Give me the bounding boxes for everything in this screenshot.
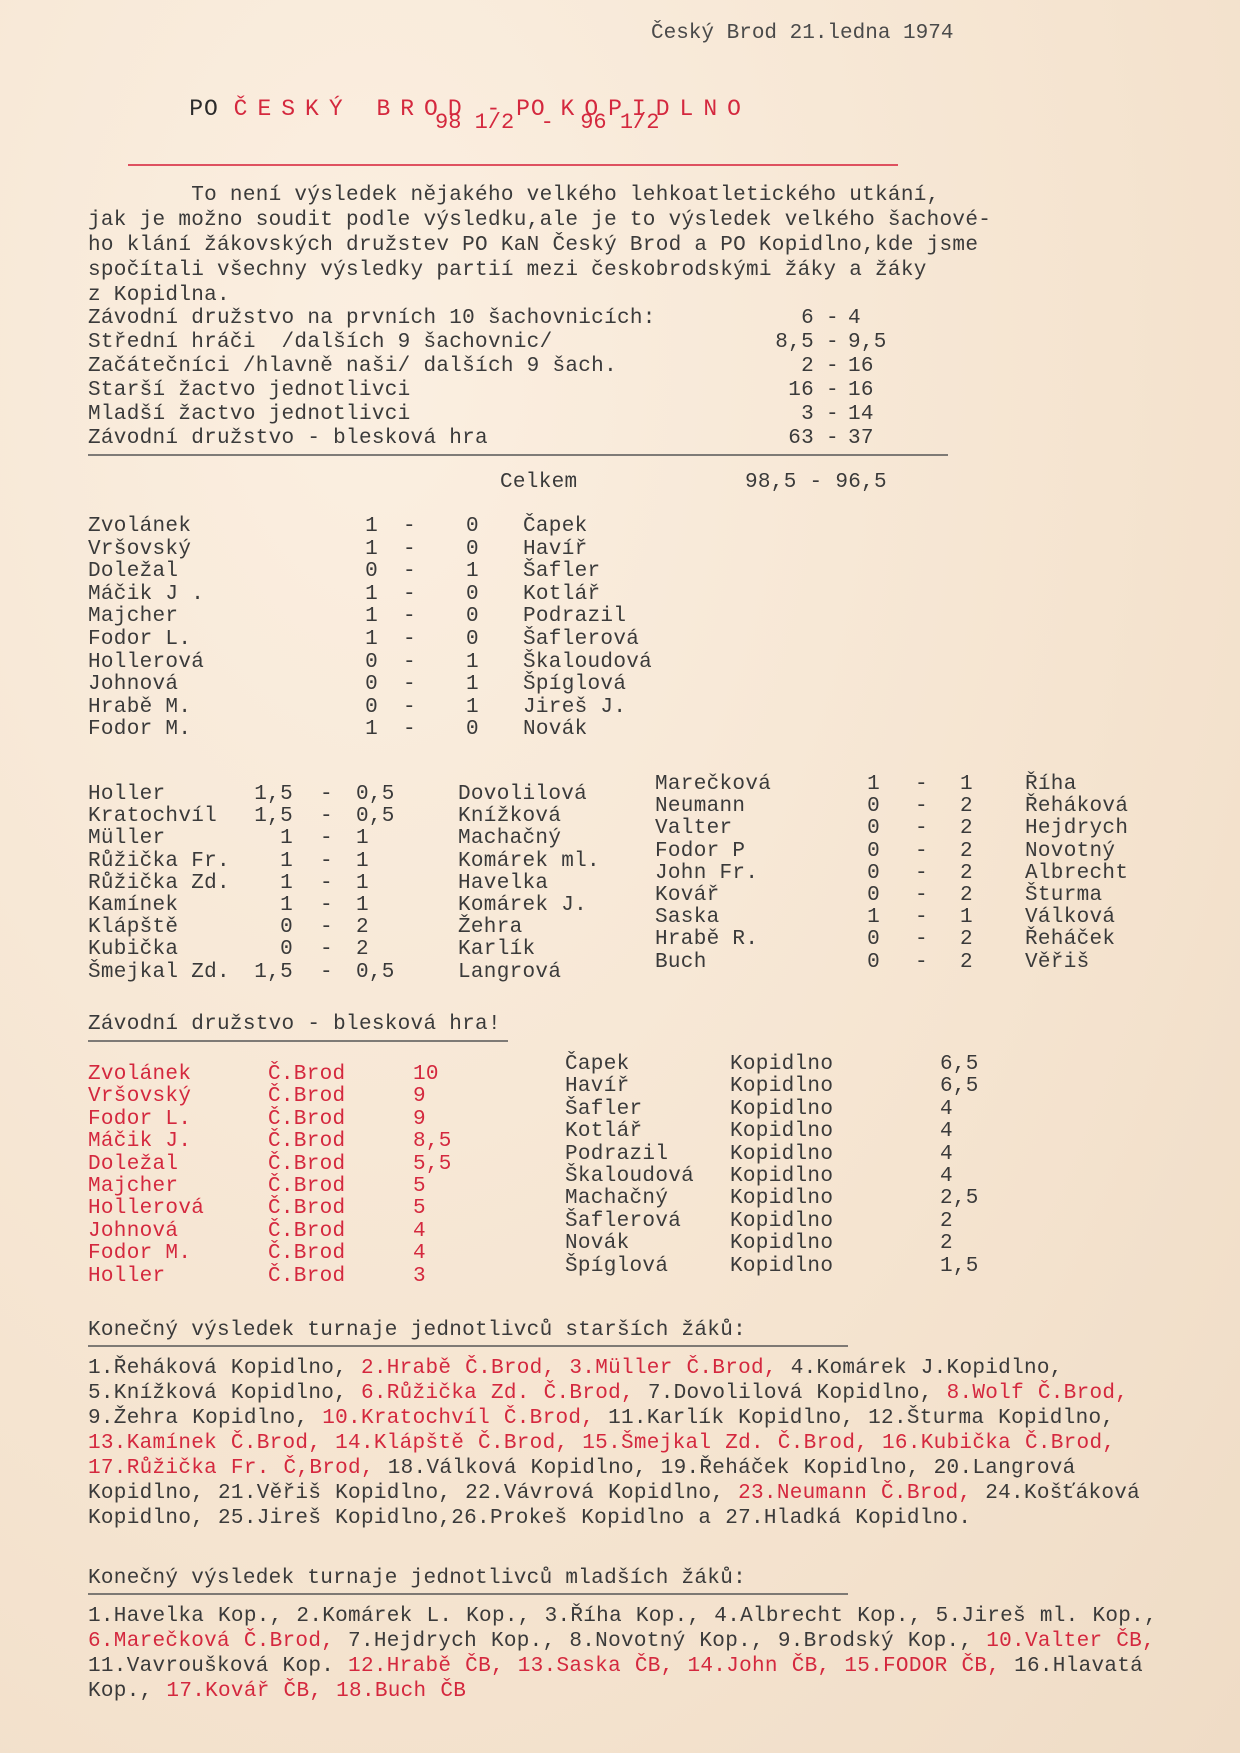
away-score: 0 — [466, 604, 479, 629]
summary-away-score: 16 — [848, 378, 874, 403]
blitz-club: Kopidlno — [730, 1231, 833, 1256]
home-score: 1 — [328, 514, 378, 539]
home-player: Fodor L. — [88, 627, 191, 652]
blitz-player: Zvolánek — [88, 1062, 191, 1087]
blitz-points: 4 — [940, 1119, 953, 1144]
younger-tournament-heading: Konečný výsledek turnaje jednotlivců mla… — [88, 1566, 746, 1591]
away-score: 0 — [466, 627, 479, 652]
away-score: 0 — [466, 537, 479, 562]
blitz-points: 5 — [413, 1174, 426, 1199]
blitz-points: 5 — [413, 1196, 426, 1221]
blitz-points: 4 — [413, 1219, 426, 1244]
older-tournament-results: 1.Řeháková Kopidlno, 2.Hrabě Č.Brod, 3.M… — [88, 1356, 1168, 1531]
home-score: 0 — [830, 950, 880, 975]
score-dash: - — [403, 604, 416, 629]
home-score: 1 — [328, 717, 378, 742]
blitz-club: Č.Brod — [268, 1062, 345, 1087]
away-player: Novák — [523, 717, 588, 742]
away-player: Šaflerová — [523, 627, 639, 652]
away-score: 1 — [466, 650, 479, 675]
away-player: Langrová — [458, 960, 561, 985]
home-player: Doležal — [88, 559, 178, 584]
home-player: Vršovský — [88, 537, 191, 562]
blitz-points: 9 — [413, 1084, 426, 1109]
away-player: Šafler — [523, 559, 600, 584]
blitz-player: Šafler — [565, 1097, 642, 1122]
older-heading-underline — [88, 1345, 848, 1347]
away-score: 1 — [466, 672, 479, 697]
ranking-entry: 6.Marečková Č.Brod, — [88, 1630, 348, 1653]
blitz-player: Škaloudová — [565, 1164, 694, 1189]
score-dash: - — [403, 650, 416, 675]
score-dash: - — [403, 514, 416, 539]
home-player: Šmejkal Zd. — [88, 960, 230, 985]
away-score: 0 — [466, 514, 479, 539]
summary-away-score: 9,5 — [848, 330, 887, 355]
score-dash: - — [403, 559, 416, 584]
blitz-club: Č.Brod — [268, 1107, 345, 1132]
red-divider — [128, 164, 898, 166]
away-player: Škaloudová — [523, 650, 652, 675]
blitz-player: Havíř — [565, 1074, 630, 1099]
total-label: Celkem — [500, 471, 577, 494]
score-dash: - — [915, 950, 928, 975]
blitz-player: Čapek — [565, 1052, 630, 1077]
intro-line: z Kopidlna. — [88, 283, 991, 308]
summary-home-score: 2 — [748, 354, 814, 379]
home-score: 1 — [328, 582, 378, 607]
blitz-player: Kotlář — [565, 1119, 642, 1144]
home-score: 1 — [328, 537, 378, 562]
summary-away-score: 16 — [848, 354, 874, 379]
score-dash: - — [826, 306, 839, 331]
blitz-club: Č.Brod — [268, 1219, 345, 1244]
away-score: 1 — [466, 559, 479, 584]
blitz-points: 4 — [940, 1164, 953, 1189]
home-player: Máčik J . — [88, 582, 204, 607]
away-player: Podrazil — [523, 604, 626, 629]
ranking-entry: 11.Karlík Kopidlno, 12.Šturma Kopidlno, — [608, 1407, 1114, 1430]
home-score: 0 — [328, 650, 378, 675]
blitz-points: 3 — [413, 1264, 426, 1289]
intro-line: jak je možno soudit podle výsledku,ale j… — [88, 208, 991, 233]
match-title: PO ČESKÝ BROD - PO KOPIDLNO — [130, 70, 751, 148]
score-dash: - — [403, 672, 416, 697]
blitz-club: Kopidlno — [730, 1119, 833, 1144]
blitz-player: Fodor L. — [88, 1107, 191, 1132]
blitz-club: Kopidlno — [730, 1164, 833, 1189]
title-prefix-home: PO — [189, 96, 233, 122]
blitz-points: 2 — [940, 1209, 953, 1234]
home-player: Fodor M. — [88, 717, 191, 742]
ranking-entry: 6.Růžička Zd. Č.Brod, — [361, 1382, 648, 1405]
summary-home-score: 63 — [748, 426, 814, 451]
blitz-player: Hollerová — [88, 1196, 204, 1221]
home-player: Hrabě M. — [88, 695, 191, 720]
letter-page: Český Brod 21.ledna 1974 PO ČESKÝ BROD -… — [0, 0, 1240, 1753]
blitz-points: 1,5 — [940, 1254, 979, 1279]
score-dash: - — [403, 582, 416, 607]
summary-away-score: 37 — [848, 426, 874, 451]
total-row: Celkem 98,5 - 96,5 — [500, 470, 577, 495]
ranking-entry: 12.Hrabě ČB, 13.Saska ČB, 14.John ČB, 15… — [348, 1655, 1014, 1678]
intro-line: To není výsledek nějakého velkého lehkoa… — [88, 183, 991, 208]
blitz-club: Č.Brod — [268, 1084, 345, 1109]
away-score: 0 — [466, 582, 479, 607]
final-score: 98 1/2 - 96 1/2 — [435, 110, 659, 135]
blitz-player: Šaflerová — [565, 1209, 681, 1234]
blitz-club: Kopidlno — [730, 1097, 833, 1122]
home-score: 1,5 — [243, 960, 293, 985]
blitz-club: Č.Brod — [268, 1241, 345, 1266]
blitz-heading: Závodní družstvo - blesková hra! — [88, 1012, 501, 1037]
score-dash: - — [826, 354, 839, 379]
blitz-club: Č.Brod — [268, 1174, 345, 1199]
ranking-entry: 17.Kovář ČB, 18.Buch ČB — [166, 1680, 466, 1703]
blitz-player: Fodor M. — [88, 1241, 191, 1266]
intro-line: spočítali všechny výsledky partií mezi č… — [88, 258, 991, 283]
summary-away-score: 14 — [848, 402, 874, 427]
away-score: 0 — [466, 717, 479, 742]
ranking-entry: 10.Kratochvíl Č.Brod, — [322, 1407, 608, 1430]
home-player: Johnová — [88, 672, 178, 697]
away-player: Kotlář — [523, 582, 600, 607]
ranking-entry: 7.Dovolilová Kopidlno, — [648, 1382, 947, 1405]
away-score: 1 — [466, 695, 479, 720]
intro-paragraph: To není výsledek nějakého velkého lehkoa… — [88, 183, 991, 308]
summary-home-score: 6 — [748, 306, 814, 331]
away-player: Čapek — [523, 514, 588, 539]
ranking-entry: 8.Wolf Č.Brod, — [947, 1382, 1129, 1405]
summary-away-score: 4 — [848, 306, 861, 331]
home-player: Hollerová — [88, 650, 204, 675]
score-dash: - — [403, 537, 416, 562]
blitz-player: Johnová — [88, 1219, 178, 1244]
blitz-points: 6,5 — [940, 1052, 979, 1077]
blitz-club: Č.Brod — [268, 1129, 345, 1154]
younger-heading-underline — [88, 1593, 848, 1595]
ranking-entry: 23.Neumann Č.Brod, — [738, 1482, 985, 1505]
summary-label: Střední hráči /dalších 9 šachovnic/ — [88, 330, 552, 355]
home-player: Buch — [655, 950, 707, 975]
summary-label: Začátečníci /hlavně naši/ dalších 9 šach… — [88, 354, 617, 379]
blitz-points: 2,5 — [940, 1186, 979, 1211]
score-dash: - — [826, 426, 839, 451]
blitz-player: Špíglová — [565, 1254, 668, 1279]
blitz-club: Kopidlno — [730, 1074, 833, 1099]
summary-label: Závodní družstvo - blesková hra — [88, 426, 488, 451]
place-date: Český Brod 21.ledna 1974 — [651, 22, 953, 45]
home-player: Zvolánek — [88, 514, 191, 539]
away-player: Špíglová — [523, 672, 626, 697]
score-dash: - — [403, 627, 416, 652]
blitz-club: Č.Brod — [268, 1152, 345, 1177]
score-dash: - — [320, 960, 333, 985]
summary-home-score: 8,5 — [748, 330, 814, 355]
blitz-points: 10 — [413, 1062, 439, 1087]
blitz-points: 4 — [940, 1142, 953, 1167]
blitz-points: 4 — [413, 1241, 426, 1266]
blitz-underline — [88, 1040, 508, 1042]
away-score: 0,5 — [356, 960, 395, 985]
home-score: 0 — [328, 559, 378, 584]
summary-label: Mladší žactvo jednotlivci — [88, 402, 411, 427]
blitz-club: Kopidlno — [730, 1254, 833, 1279]
away-score: 2 — [960, 950, 973, 975]
older-tournament-heading: Konečný výsledek turnaje jednotlivců sta… — [88, 1318, 746, 1343]
blitz-player: Majcher — [88, 1174, 178, 1199]
blitz-player: Novák — [565, 1231, 630, 1256]
summary-home-score: 3 — [748, 402, 814, 427]
blitz-player: Vršovský — [88, 1084, 191, 1109]
summary-underline — [88, 454, 948, 456]
away-player: Věřiš — [1025, 950, 1090, 975]
score-dash: - — [403, 717, 416, 742]
home-score: 1 — [328, 604, 378, 629]
blitz-points: 2 — [940, 1231, 953, 1256]
blitz-player: Holler — [88, 1264, 165, 1289]
ranking-entry: 7.Hejdrych Kop., 8.Novotný Kop., 9.Brods… — [348, 1630, 986, 1653]
score-dash: - — [826, 378, 839, 403]
blitz-player: Podrazil — [565, 1142, 668, 1167]
ranking-entry: 10.Valter ČB, — [986, 1630, 1155, 1653]
blitz-player: Máčik J. — [88, 1129, 191, 1154]
blitz-club: Kopidlno — [730, 1186, 833, 1211]
ranking-entry: 1.Havelka Kop., 2.Komárek L. Kop., 3.Říh… — [88, 1605, 1157, 1628]
blitz-points: 6,5 — [940, 1074, 979, 1099]
total-value: 98,5 - 96,5 — [745, 470, 887, 495]
blitz-points: 8,5 — [413, 1129, 452, 1154]
ranking-entry: 2.Hrabě Č.Brod, 3.Müller Č.Brod, — [361, 1357, 791, 1380]
blitz-player: Doležal — [88, 1152, 178, 1177]
blitz-club: Kopidlno — [730, 1142, 833, 1167]
score-dash: - — [403, 695, 416, 720]
ranking-entry: 1.Řeháková Kopidlno, — [88, 1357, 361, 1380]
home-score: 1 — [328, 627, 378, 652]
home-player: Majcher — [88, 604, 178, 629]
younger-tournament-results: 1.Havelka Kop., 2.Komárek L. Kop., 3.Říh… — [88, 1604, 1168, 1704]
blitz-points: 9 — [413, 1107, 426, 1132]
blitz-club: Č.Brod — [268, 1196, 345, 1221]
blitz-club: Č.Brod — [268, 1264, 345, 1289]
intro-line: ho klání žákovských družstev PO KaN Česk… — [88, 233, 991, 258]
blitz-points: 5,5 — [413, 1152, 452, 1177]
score-dash: - — [826, 402, 839, 427]
blitz-player: Machačný — [565, 1186, 668, 1211]
blitz-club: Kopidlno — [730, 1052, 833, 1077]
away-player: Jireš J. — [523, 695, 626, 720]
blitz-club: Kopidlno — [730, 1209, 833, 1234]
home-score: 0 — [328, 672, 378, 697]
summary-label: Starší žactvo jednotlivci — [88, 378, 411, 403]
home-score: 0 — [328, 695, 378, 720]
ranking-entry: 9.Žehra Kopidlno, — [88, 1407, 322, 1430]
blitz-points: 4 — [940, 1097, 953, 1122]
ranking-entry: 11.Vavroušková Kop. — [88, 1655, 348, 1678]
away-player: Havíř — [523, 537, 588, 562]
summary-label: Závodní družstvo na prvních 10 šachovnic… — [88, 306, 656, 331]
score-dash: - — [826, 330, 839, 355]
summary-home-score: 16 — [748, 378, 814, 403]
